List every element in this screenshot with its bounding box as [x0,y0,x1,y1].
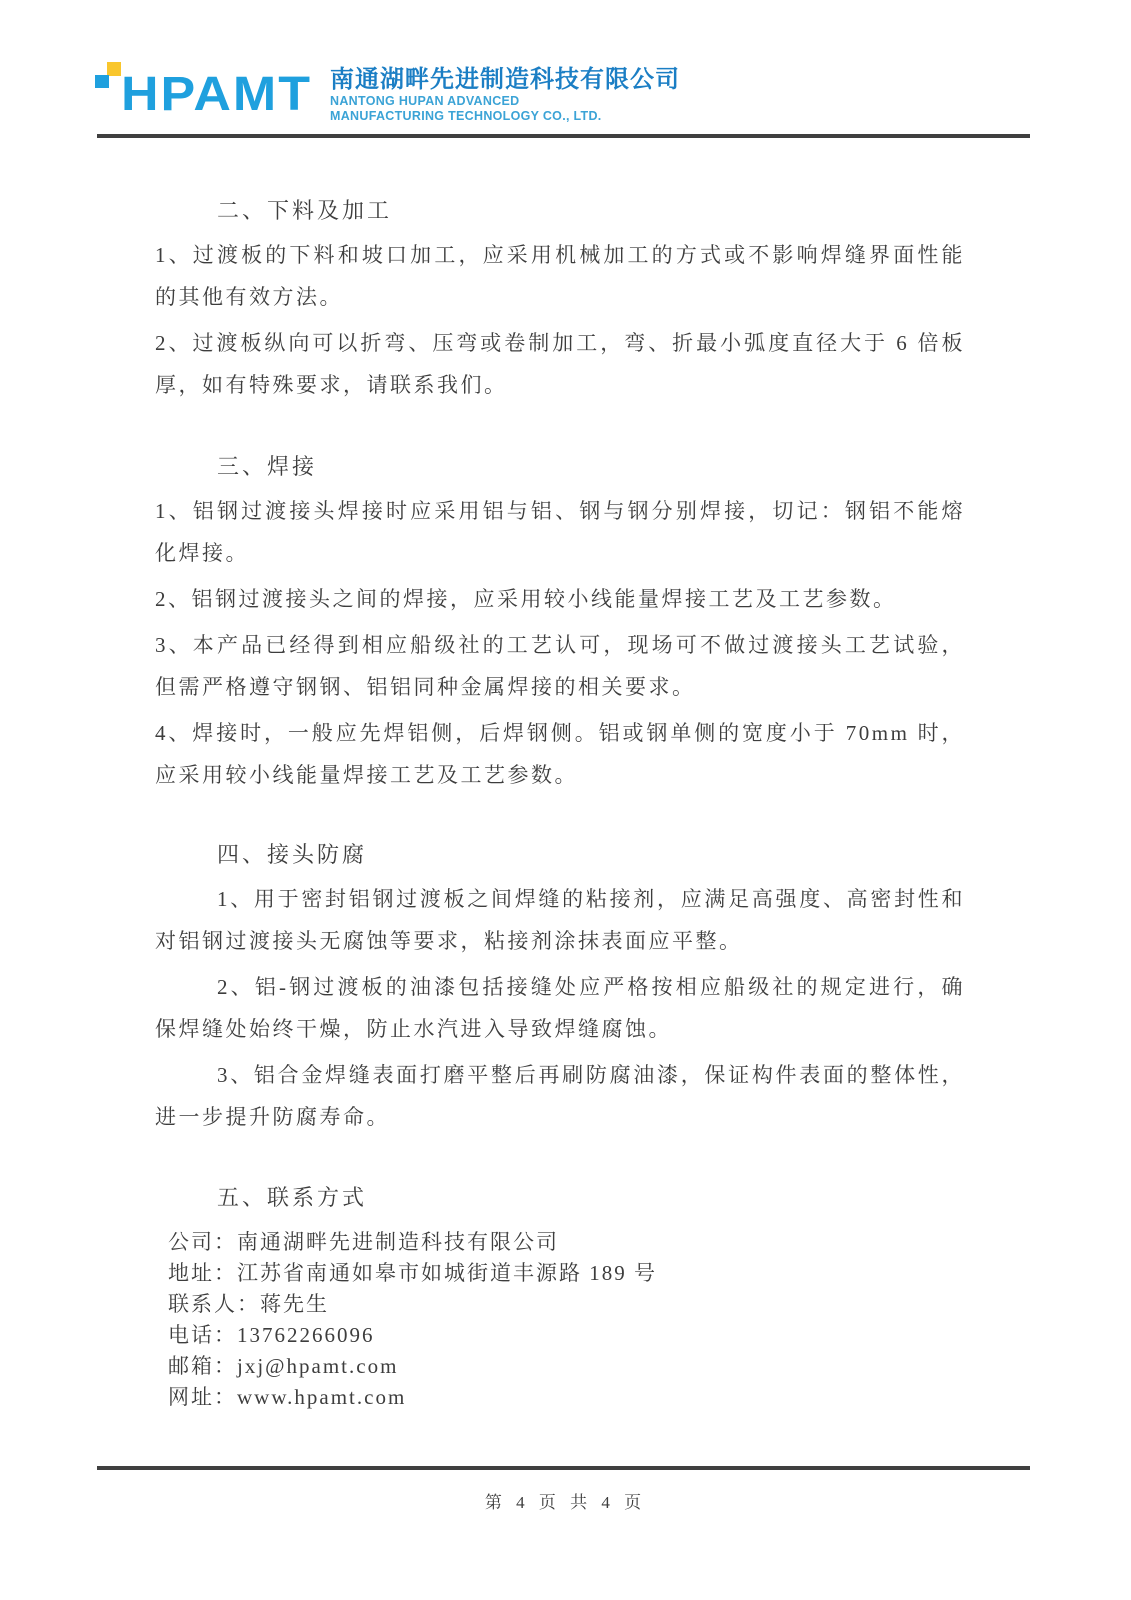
document-body: 二、下料及加工 1、过渡板的下料和坡口加工，应采用机械加工的方式或不影响焊缝界面… [155,0,965,1413]
paragraph: 1、用于密封铝钢过渡板之间焊缝的粘接剂，应满足高强度、高密封性和对铝钢过渡接头无… [155,878,965,962]
paragraph: 2、铝钢过渡接头之间的焊接，应采用较小线能量焊接工艺及工艺参数。 [155,578,965,620]
document-page: HPAMT 南通湖畔先进制造科技有限公司 NANTONG HUPAN ADVAN… [0,0,1131,1600]
logo-yellow-square-icon [107,62,121,76]
section-welding: 三、焊接 1、铝钢过渡接头焊接时应采用铝与铝、钢与钢分别焊接，切记：钢铝不能熔化… [155,452,965,796]
page-number: 第 4 页 共 4 页 [0,1488,1131,1513]
paragraph: 4、焊接时，一般应先焊铝侧，后焊钢侧。铝或钢单侧的宽度小于 70mm 时，应采用… [155,712,965,796]
logo-blue-square-icon [95,75,109,88]
contact-row-person: 联系人：蒋先生 [168,1289,965,1320]
paragraph: 2、过渡板纵向可以折弯、压弯或卷制加工，弯、折最小弧度直径大于 6 倍板厚，如有… [155,322,965,406]
section-heading: 五、联系方式 [217,1183,965,1213]
section-cutting-and-processing: 二、下料及加工 1、过渡板的下料和坡口加工，应采用机械加工的方式或不影响焊缝界面… [155,196,965,406]
contact-value: 13762266096 [237,1323,375,1347]
contact-row-address: 地址：江苏省南通如皋市如城街道丰源路 189 号 [168,1258,965,1289]
section-heading: 四、接头防腐 [217,840,965,870]
section-paragraphs: 1、过渡板的下料和坡口加工，应采用机械加工的方式或不影响焊缝界面性能的其他有效方… [155,234,965,406]
section-contact-info: 五、联系方式 公司：南通湖畔先进制造科技有限公司 地址：江苏省南通如皋市如城街道… [155,1183,965,1413]
footer-divider [97,1466,1030,1470]
contact-label: 公司： [168,1230,237,1254]
contact-row-company: 公司：南通湖畔先进制造科技有限公司 [168,1227,965,1258]
section-paragraphs: 1、用于密封铝钢过渡板之间焊缝的粘接剂，应满足高强度、高密封性和对铝钢过渡接头无… [155,878,965,1138]
section-paragraphs: 1、铝钢过渡接头焊接时应采用铝与铝、钢与钢分别焊接，切记：钢铝不能熔化焊接。 2… [155,490,965,796]
contact-label: 网址： [168,1385,237,1409]
section-heading: 三、焊接 [217,452,965,482]
paragraph: 3、铝合金焊缝表面打磨平整后再刷防腐油漆，保证构件表面的整体性，进一步提升防腐寿… [155,1054,965,1138]
contact-label: 联系人： [168,1292,260,1316]
paragraph: 3、本产品已经得到相应船级社的工艺认可，现场可不做过渡接头工艺试验，但需严格遵守… [155,624,965,708]
contact-row-website: 网址：www.hpamt.com [168,1382,965,1413]
contact-value: 江苏省南通如皋市如城街道丰源路 189 号 [237,1261,657,1285]
contact-row-phone: 电话：13762266096 [168,1320,965,1351]
contact-label: 邮箱： [168,1354,237,1378]
paragraph: 1、过渡板的下料和坡口加工，应采用机械加工的方式或不影响焊缝界面性能的其他有效方… [155,234,965,318]
contact-value: jxj@hpamt.com [237,1354,398,1378]
paragraph: 1、铝钢过渡接头焊接时应采用铝与铝、钢与钢分别焊接，切记：钢铝不能熔化焊接。 [155,490,965,574]
contact-row-email: 邮箱：jxj@hpamt.com [168,1351,965,1382]
section-heading: 二、下料及加工 [217,196,965,226]
contact-label: 电话： [168,1323,237,1347]
contact-value: 蒋先生 [260,1292,329,1316]
contact-list: 公司：南通湖畔先进制造科技有限公司 地址：江苏省南通如皋市如城街道丰源路 189… [168,1227,965,1413]
paragraph: 2、铝-钢过渡板的油漆包括接缝处应严格按相应船级社的规定进行，确保焊缝处始终干燥… [155,966,965,1050]
contact-label: 地址： [168,1261,237,1285]
contact-value: 南通湖畔先进制造科技有限公司 [237,1230,559,1254]
section-joint-anticorrosion: 四、接头防腐 1、用于密封铝钢过渡板之间焊缝的粘接剂，应满足高强度、高密封性和对… [155,840,965,1138]
contact-value: www.hpamt.com [237,1385,406,1409]
